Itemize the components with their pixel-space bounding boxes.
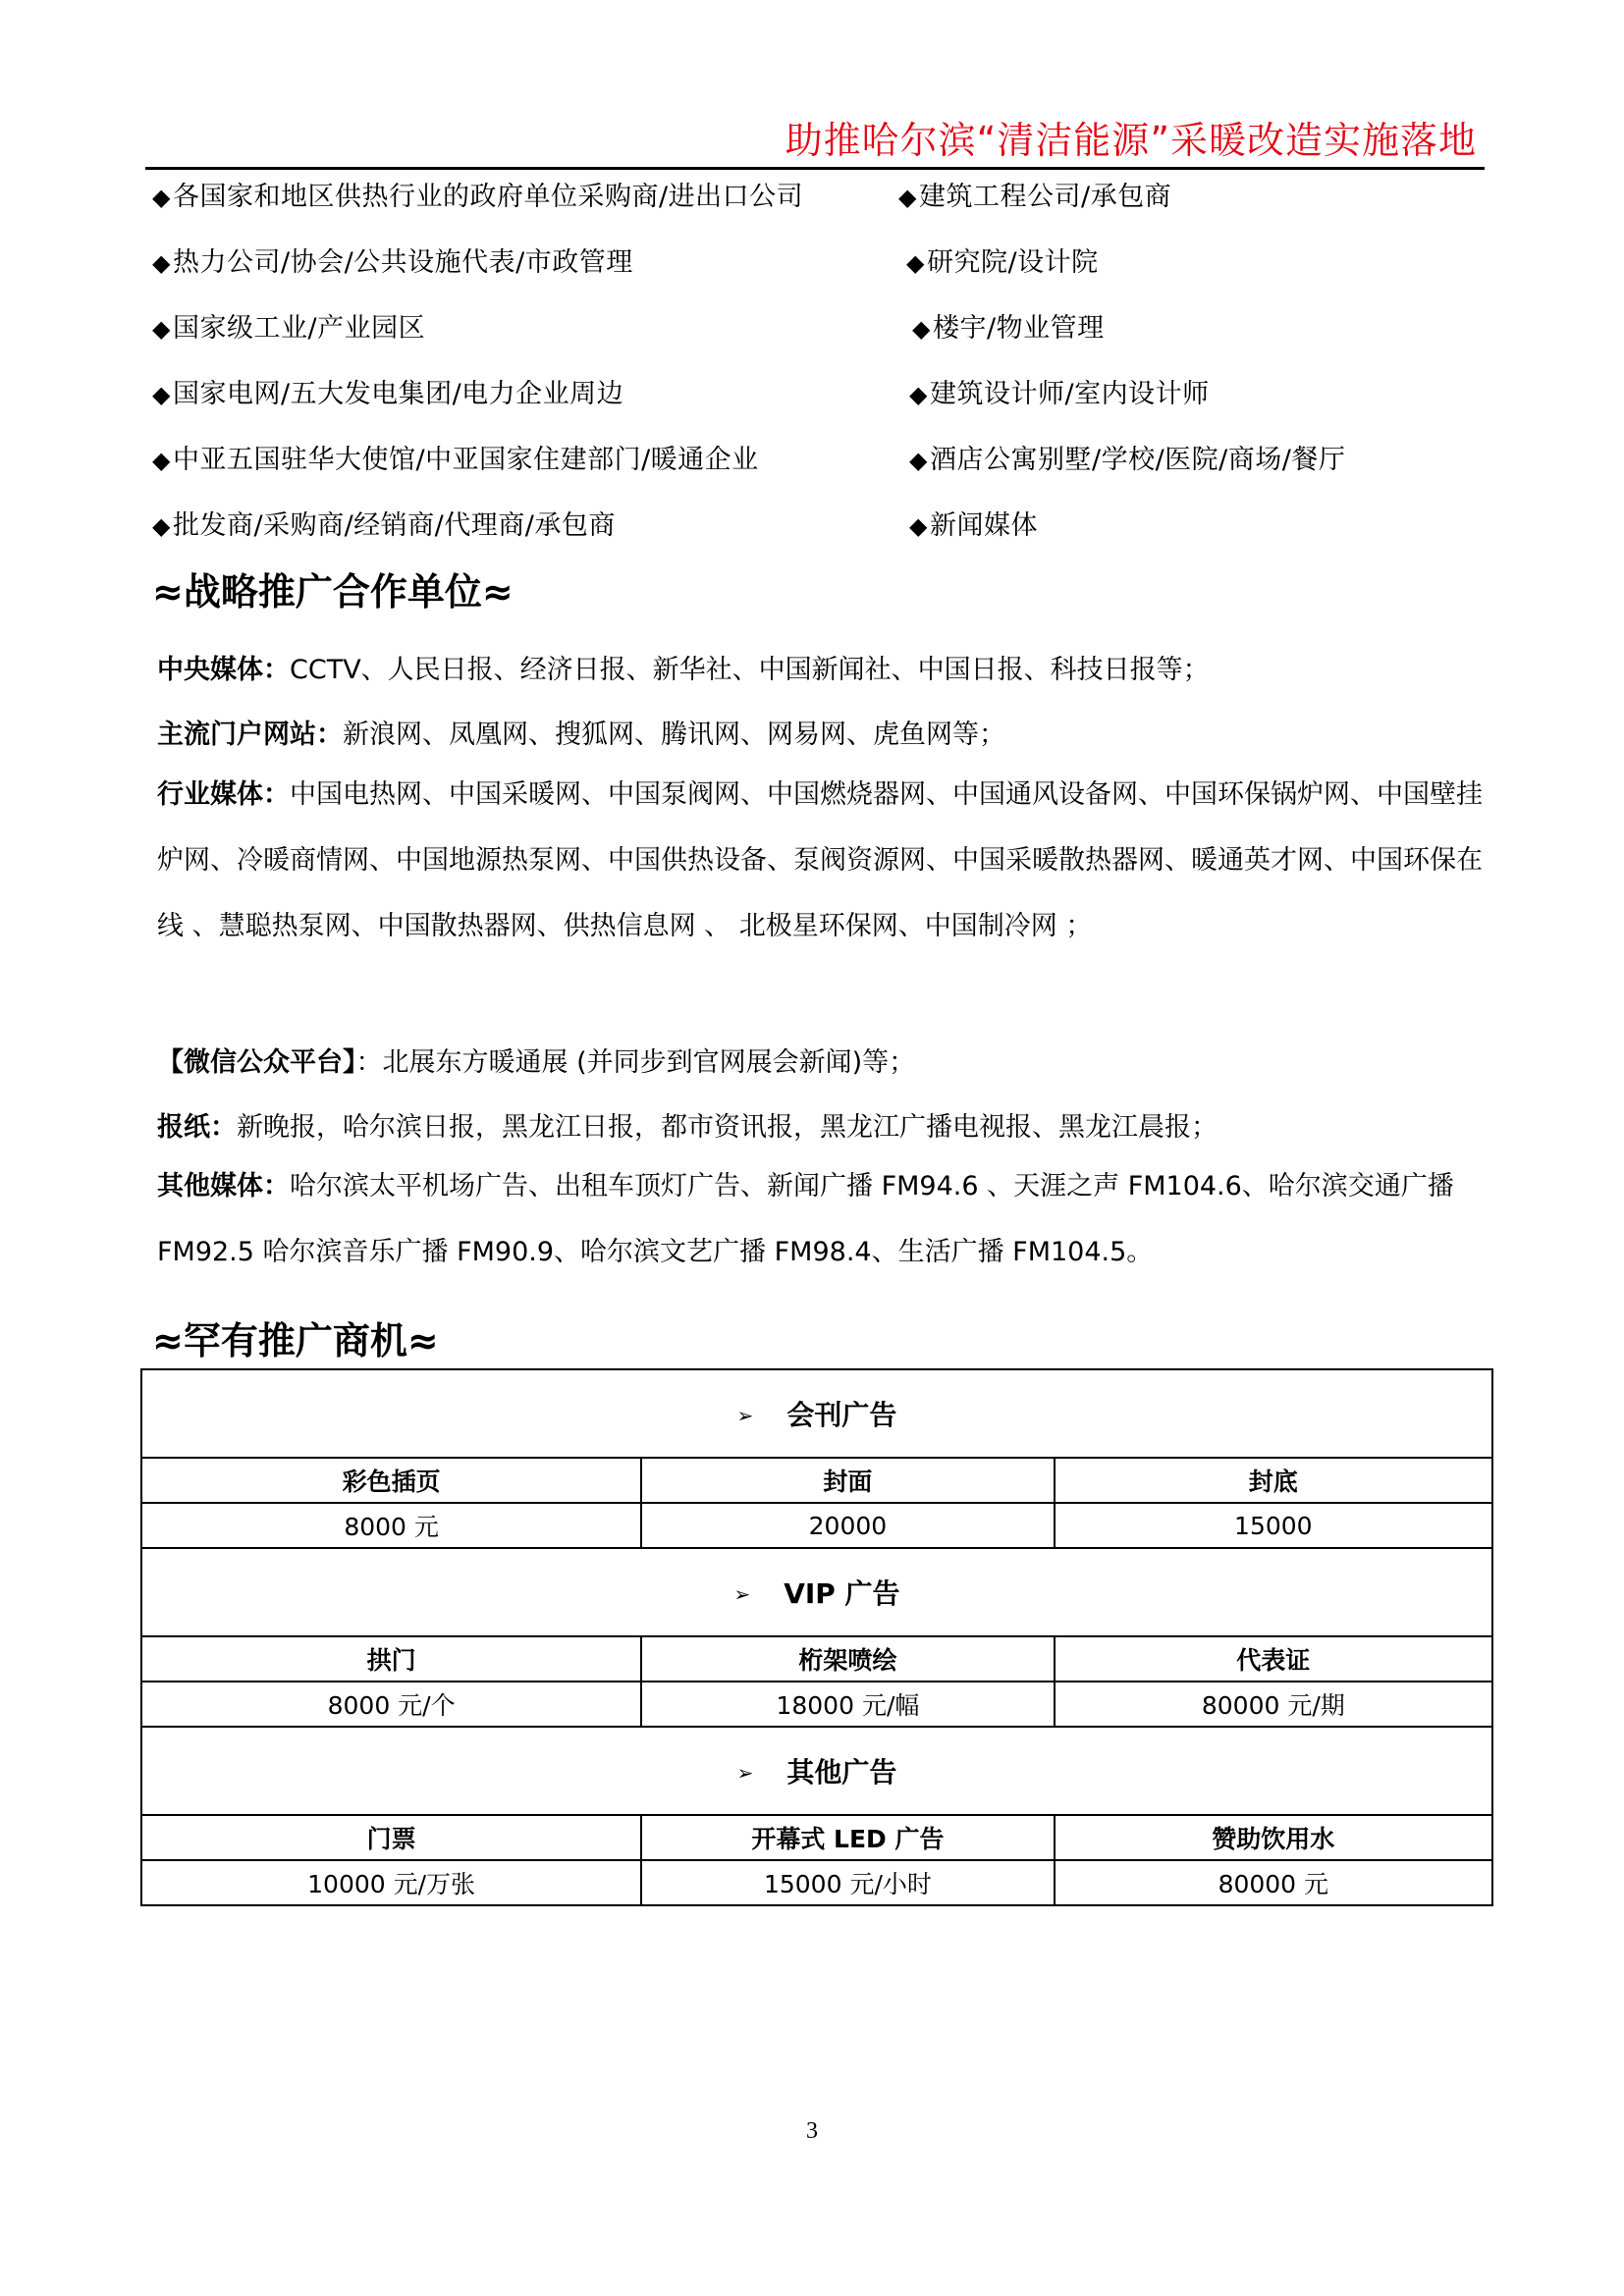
central-media-label: 中央媒体： xyxy=(157,655,290,685)
arrow-bullet-icon: ➢ xyxy=(737,1404,754,1427)
price-cell: 18000 元/幅 xyxy=(641,1682,1054,1727)
diamond-bullet-icon: ◆ xyxy=(152,447,171,474)
diamond-bullet-icon: ◆ xyxy=(909,447,928,474)
diamond-bullet-icon: ◆ xyxy=(152,512,171,540)
audience-item: ◆新闻媒体 xyxy=(909,504,1038,542)
price-cell: 8000 元 xyxy=(141,1503,641,1548)
other-media-paragraph: 其他媒体：哈尔滨太平机场广告、出租车顶灯广告、新闻广播 FM94.6 、天涯之声… xyxy=(157,1153,1492,1285)
table-row: 10000 元/万张 15000 元/小时 80000 元 xyxy=(141,1860,1492,1905)
table-header-row: 彩色插页 封面 封底 xyxy=(141,1458,1492,1503)
portals-label: 主流门户网站： xyxy=(157,720,343,750)
price-cell: 80000 元/期 xyxy=(1055,1682,1492,1727)
audience-item: ◆研究院/设计院 xyxy=(906,240,1099,279)
header-cell: 封面 xyxy=(641,1458,1054,1503)
page-number: 3 xyxy=(0,2118,1624,2145)
audience-item: ◆国家电网/五大发电集团/电力企业周边 xyxy=(152,372,623,410)
header-cell: 彩色插页 xyxy=(141,1458,641,1503)
audience-item: ◆中亚五国驻华大使馆/中亚国家住建部门/暖通企业 xyxy=(152,438,759,476)
ad-pricing-table: ➢会刊广告 彩色插页 封面 封底 8000 元 20000 15000 ➢VIP… xyxy=(140,1368,1493,1906)
header-cell: 门票 xyxy=(141,1815,641,1860)
audience-item: ◆建筑设计师/室内设计师 xyxy=(909,372,1210,410)
table-row: 8000 元 20000 15000 xyxy=(141,1503,1492,1548)
header-cell: 封底 xyxy=(1055,1458,1492,1503)
arrow-bullet-icon: ➢ xyxy=(733,1582,750,1606)
arrow-bullet-icon: ➢ xyxy=(737,1761,754,1785)
wechat-line: 【微信公众平台】：北展东方暖通展 (并同步到官网展会新闻)等； xyxy=(157,1041,915,1079)
header-cell: 开幕式 LED 广告 xyxy=(641,1815,1054,1860)
diamond-bullet-icon: ◆ xyxy=(152,381,171,408)
audience-item: ◆国家级工业/产业园区 xyxy=(152,306,425,345)
group-row-journal: ➢会刊广告 xyxy=(141,1369,1492,1458)
price-cell: 15000 元/小时 xyxy=(641,1860,1054,1905)
price-cell: 8000 元/个 xyxy=(141,1682,641,1727)
audience-item: ◆热力公司/协会/公共设施代表/市政管理 xyxy=(152,240,633,279)
header-cell: 代表证 xyxy=(1055,1636,1492,1682)
group-row-other: ➢其他广告 xyxy=(141,1727,1492,1815)
industry-media-paragraph: 行业媒体：中国电热网、中国采暖网、中国泵阀网、中国燃烧器网、中国通风设备网、中国… xyxy=(157,762,1492,959)
audience-item: ◆各国家和地区供热行业的政府单位采购商/进出口公司 xyxy=(152,175,803,213)
diamond-bullet-icon: ◆ xyxy=(152,184,171,211)
diamond-bullet-icon: ◆ xyxy=(906,249,925,277)
table-header-row: 门票 开幕式 LED 广告 赞助饮用水 xyxy=(141,1815,1492,1860)
diamond-bullet-icon: ◆ xyxy=(909,512,928,540)
header-cell: 拱门 xyxy=(141,1636,641,1682)
other-media-label: 其他媒体： xyxy=(157,1171,290,1201)
wechat-label: 【微信公众平台】 xyxy=(157,1047,356,1078)
price-cell: 15000 xyxy=(1055,1503,1492,1548)
table-row: 8000 元/个 18000 元/幅 80000 元/期 xyxy=(141,1682,1492,1727)
price-cell: 10000 元/万张 xyxy=(141,1860,641,1905)
diamond-bullet-icon: ◆ xyxy=(898,184,917,211)
group-title: VIP 广告 xyxy=(784,1577,899,1610)
section-title-opportunities: ≈罕有推广商机≈ xyxy=(152,1310,439,1364)
diamond-bullet-icon: ◆ xyxy=(912,315,931,343)
header-divider xyxy=(145,167,1485,170)
diamond-bullet-icon: ◆ xyxy=(152,249,171,277)
newspapers-label: 报纸： xyxy=(157,1112,237,1143)
header-cell: 赞助饮用水 xyxy=(1055,1815,1492,1860)
portals-line: 主流门户网站：新浪网、凤凰网、搜狐网、腾讯网、网易网、虎鱼网等； xyxy=(157,713,1005,751)
header-title: 助推哈尔滨“清洁能源”采暖改造实施落地 xyxy=(785,110,1477,164)
industry-media-label: 行业媒体： xyxy=(157,779,290,810)
header-cell: 桁架喷绘 xyxy=(641,1636,1054,1682)
audience-item: ◆酒店公寓别墅/学校/医院/商场/餐厅 xyxy=(909,438,1345,476)
group-row-vip: ➢VIP 广告 xyxy=(141,1548,1492,1636)
newspapers-line: 报纸：新晚报，哈尔滨日报，黑龙江日报，都市资讯报，黑龙江广播电视报、黑龙江晨报； xyxy=(157,1105,1218,1144)
price-cell: 80000 元 xyxy=(1055,1860,1492,1905)
group-title: 其他广告 xyxy=(786,1756,896,1789)
audience-item: ◆建筑工程公司/承包商 xyxy=(898,175,1171,213)
section-title-partners: ≈战略推广合作单位≈ xyxy=(152,561,514,615)
diamond-bullet-icon: ◆ xyxy=(909,381,928,408)
price-cell: 20000 xyxy=(641,1503,1054,1548)
central-media-line: 中央媒体：CCTV、人民日报、经济日报、新华社、中国新闻社、中国日报、科技日报等… xyxy=(157,648,1210,686)
table-header-row: 拱门 桁架喷绘 代表证 xyxy=(141,1636,1492,1682)
audience-item: ◆批发商/采购商/经销商/代理商/承包商 xyxy=(152,504,616,542)
group-title: 会刊广告 xyxy=(786,1399,896,1431)
audience-item: ◆楼宇/物业管理 xyxy=(912,306,1105,345)
diamond-bullet-icon: ◆ xyxy=(152,315,171,343)
